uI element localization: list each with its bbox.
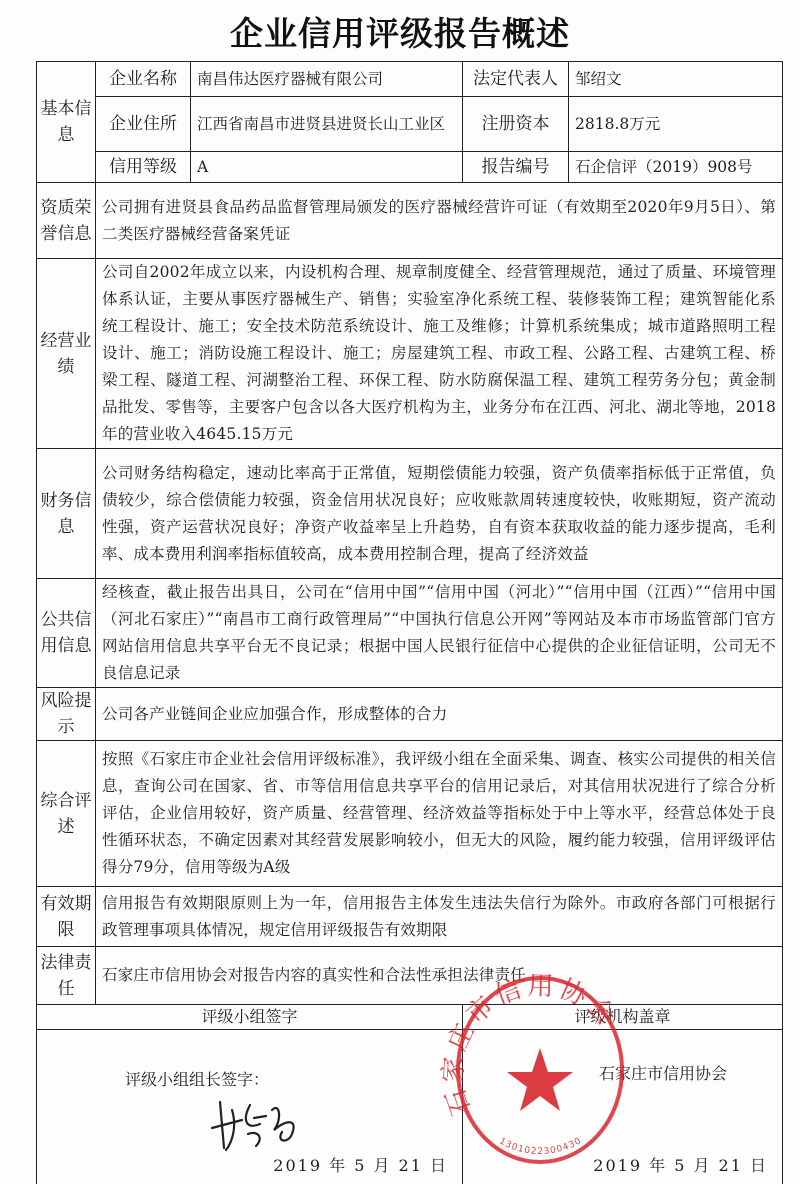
section-text-overall-review: 按照《石家庄市企业社会信用评级标准》，我评级小组在全面采集、调查、核实公司提供的… bbox=[96, 741, 783, 887]
section-text-public-credit: 经核查，截止报告出具日，公司在“信用中国”“信用中国（河北）”“信用中国（江西）… bbox=[96, 579, 783, 688]
row-signature-headers: 评级小组签字 评级机构盖章 bbox=[37, 1005, 783, 1030]
rating-agency-name: 石家庄市信用协会 bbox=[599, 1060, 727, 1087]
section-text-risk-warning: 公司各产业链间企业应加强合作，形成整体的合力 bbox=[96, 688, 783, 741]
rating-team-signature-header: 评级小组签字 bbox=[37, 1005, 463, 1030]
registered-capital-label: 注册资本 bbox=[463, 97, 569, 152]
section-text-qualifications: 公司拥有进贤县食品药品监督管理局颁发的医疗器械经营许可证（有效期至2020年9月… bbox=[96, 183, 783, 259]
row-signatures: 评级小组组长签字： 2019 年 5 月 21 日 石家庄市信用协会 2019 … bbox=[37, 1030, 783, 1184]
rating-team-signature-cell: 评级小组组长签字： 2019 年 5 月 21 日 bbox=[37, 1030, 463, 1184]
row-validity-period: 有效期限 信用报告有效期限原则上为一年，信用报告主体发生违法失信行为除外。市政府… bbox=[37, 887, 783, 947]
row-overall-review: 综合评述 按照《石家庄市企业社会信用评级标准》，我评级小组在全面采集、调查、核实… bbox=[37, 741, 783, 887]
rating-agency-seal-cell: 石家庄市信用协会 2019 年 5 月 21 日 bbox=[463, 1030, 783, 1184]
section-label-public-credit: 公共信用信息 bbox=[37, 579, 96, 688]
section-text-validity-period: 信用报告有效期限原则上为一年，信用报告主体发生违法失信行为除外。市政府各部门可根… bbox=[96, 887, 783, 947]
row-public-credit: 公共信用信息 经核查，截止报告出具日，公司在“信用中国”“信用中国（河北）”“信… bbox=[37, 579, 783, 688]
team-leader-signature-label: 评级小组组长签字： bbox=[125, 1066, 269, 1093]
handwritten-signature-icon bbox=[202, 1090, 312, 1155]
row-risk-warning: 风险提示 公司各产业链间企业应加强合作，形成整体的合力 bbox=[37, 688, 783, 741]
section-label-financial-info: 财务信息 bbox=[37, 449, 96, 579]
row-credit-grade: 信用等级 A 报告编号 石企信评（2019）908号 bbox=[37, 152, 783, 183]
section-label-risk-warning: 风险提示 bbox=[37, 688, 96, 741]
section-label-business-performance: 经营业绩 bbox=[37, 259, 96, 449]
credit-report-table: 基本信息 企业名称 南昌伟达医疗器械有限公司 法定代表人 邹绍文 企业住所 江西… bbox=[36, 61, 783, 1184]
section-text-business-performance: 公司自2002年成立以来，内设机构合理、规章制度健全、经营管理规范，通过了质量、… bbox=[96, 259, 783, 449]
credit-grade-value: A bbox=[191, 152, 463, 183]
row-business-performance: 经营业绩 公司自2002年成立以来，内设机构合理、规章制度健全、经营管理规范，通… bbox=[37, 259, 783, 449]
report-no-value: 石企信评（2019）908号 bbox=[569, 152, 783, 183]
section-label-basic-info: 基本信息 bbox=[37, 62, 96, 183]
rating-agency-seal-header: 评级机构盖章 bbox=[463, 1005, 783, 1030]
company-name-value: 南昌伟达医疗器械有限公司 bbox=[191, 62, 463, 97]
row-company-name: 基本信息 企业名称 南昌伟达医疗器械有限公司 法定代表人 邹绍文 bbox=[37, 62, 783, 97]
address-value: 江西省南昌市进贤县进贤长山工业区 bbox=[191, 97, 463, 152]
row-financial-info: 财务信息 公司财务结构稳定，速动比率高于正常值，短期偿债能力较强，资产负债率指标… bbox=[37, 449, 783, 579]
section-label-overall-review: 综合评述 bbox=[37, 741, 96, 887]
company-name-label: 企业名称 bbox=[96, 62, 191, 97]
legal-rep-label: 法定代表人 bbox=[463, 62, 569, 97]
row-legal-liability: 法律责任 石家庄市信用协会对报告内容的真实性和合法性承担法律责任 bbox=[37, 947, 783, 1005]
address-label: 企业住所 bbox=[96, 97, 191, 152]
document-title: 企业信用评级报告概述 bbox=[0, 8, 800, 55]
rating-team-date: 2019 年 5 月 21 日 bbox=[273, 1152, 448, 1179]
row-qualifications: 资质荣誉信息 公司拥有进贤县食品药品监督管理局颁发的医疗器械经营许可证（有效期至… bbox=[37, 183, 783, 259]
section-text-legal-liability: 石家庄市信用协会对报告内容的真实性和合法性承担法律责任 bbox=[96, 947, 783, 1005]
registered-capital-value: 2818.8万元 bbox=[569, 97, 783, 152]
section-label-qualifications: 资质荣誉信息 bbox=[37, 183, 96, 259]
rating-agency-date: 2019 年 5 月 21 日 bbox=[593, 1152, 768, 1179]
section-label-legal-liability: 法律责任 bbox=[37, 947, 96, 1005]
row-address: 企业住所 江西省南昌市进贤县进贤长山工业区 注册资本 2818.8万元 bbox=[37, 97, 783, 152]
credit-grade-label: 信用等级 bbox=[96, 152, 191, 183]
section-label-validity-period: 有效期限 bbox=[37, 887, 96, 947]
section-text-financial-info: 公司财务结构稳定，速动比率高于正常值，短期偿债能力较强，资产负债率指标低于正常值… bbox=[96, 449, 783, 579]
report-no-label: 报告编号 bbox=[463, 152, 569, 183]
legal-rep-value: 邹绍文 bbox=[569, 62, 783, 97]
